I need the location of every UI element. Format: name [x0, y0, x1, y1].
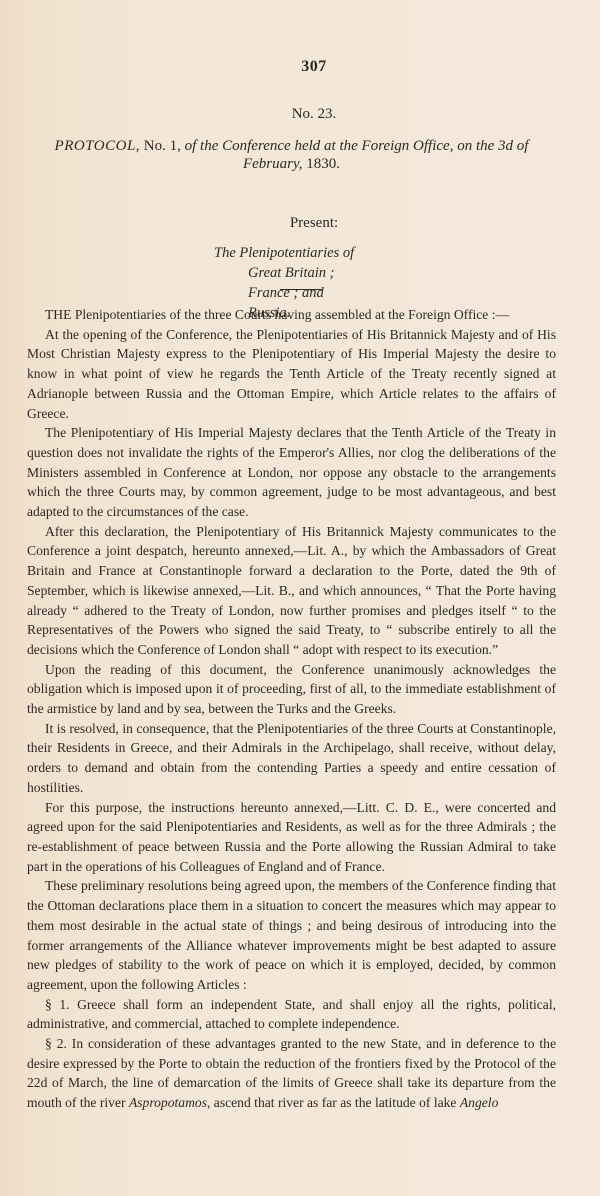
paragraph-acknowledgement: Upon the reading of this document, the C… — [27, 660, 556, 719]
attendee-france: France ; and — [214, 283, 354, 303]
protocol-year: 1830. — [303, 156, 341, 172]
page-number: 307 — [27, 58, 600, 76]
paragraph-resolution: It is resolved, in consequence, that the… — [27, 719, 556, 798]
article-1: § 1. Greece shall form an independent St… — [27, 995, 556, 1034]
attendee-great-britain: Great Britain ; — [214, 263, 354, 283]
protocol-label: PROTOCOL, — [55, 138, 141, 154]
protocol-title: PROTOCOL, No. 1, of the Conference held … — [27, 137, 556, 173]
article-2-middle: , ascend that river as far as the latitu… — [207, 1095, 460, 1110]
paragraph-instructions: For this purpose, the instructions hereu… — [27, 798, 556, 877]
article-2: § 2. In consideration of these advantage… — [27, 1034, 556, 1113]
body-text: THE Plenipotentiaries of the three Court… — [27, 305, 556, 1113]
attendee-heading: The Plenipotentiaries of — [214, 243, 354, 263]
lake-name: Angelo — [460, 1095, 499, 1110]
paragraph-opening: THE Plenipotentiaries of the three Court… — [27, 305, 556, 325]
paragraph-despatch: After this declaration, the Plenipotenti… — [27, 522, 556, 660]
protocol-description: of the Conference held at the Foreign Of… — [185, 138, 529, 172]
section-divider — [280, 289, 322, 290]
present-label: Present: — [27, 215, 600, 232]
paragraph-preliminary: These preliminary resolutions being agre… — [27, 876, 556, 994]
river-name: Aspropotamos — [129, 1095, 207, 1110]
document-number: No. 23. — [27, 106, 600, 123]
paragraph-inquiry: At the opening of the Conference, the Pl… — [27, 325, 556, 424]
paragraph-declaration: The Plenipotentiary of His Imperial Maje… — [27, 423, 556, 522]
protocol-number: No. 1, — [140, 138, 185, 154]
